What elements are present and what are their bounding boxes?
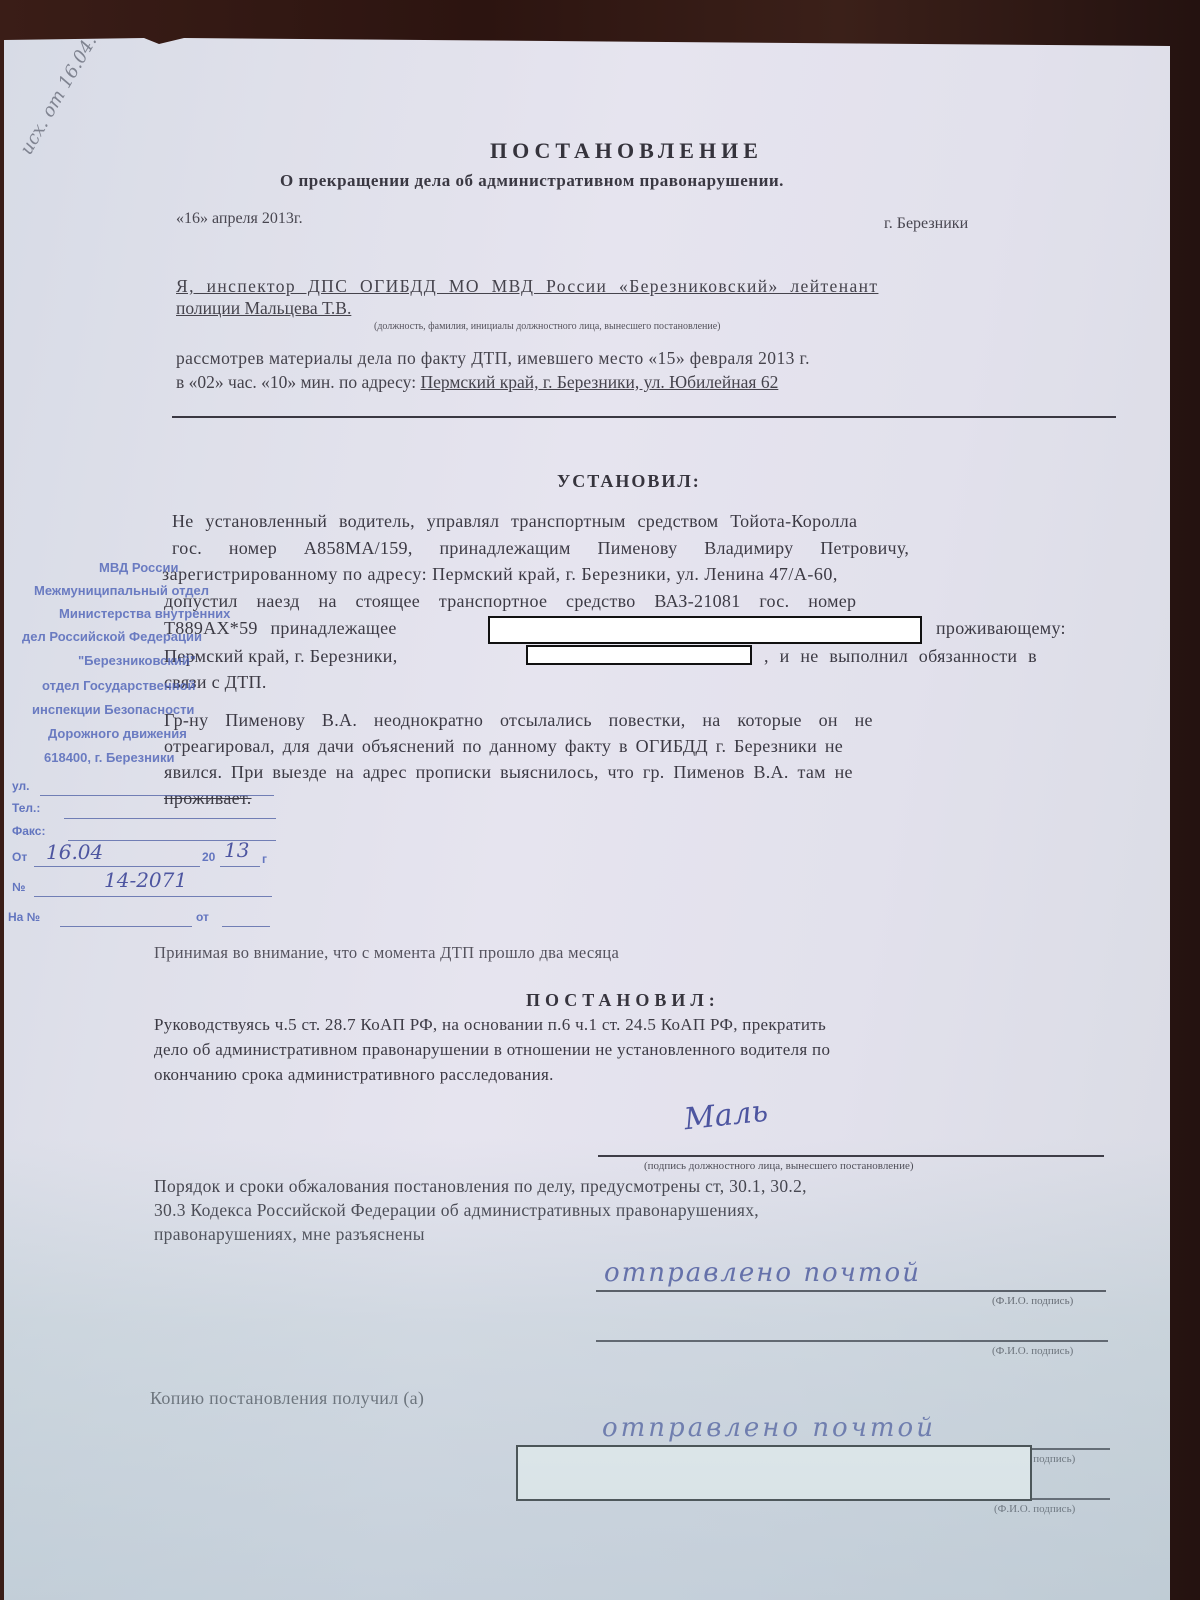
established-line-3: зарегистрированному по адресу: Пермский … (162, 564, 838, 585)
established-para2-line-1: Гр-ну Пименову В.А. неоднократно отсылал… (164, 710, 873, 731)
stamp-line-1: МВД России (99, 560, 178, 575)
fio-label-1: (Ф.И.О. подпись) (992, 1295, 1073, 1307)
fio-line-1 (596, 1290, 1106, 1292)
stamp-line-8: Дорожного движения (48, 726, 187, 741)
handwritten-sent-by-mail-1: отправлено почтой (604, 1258, 921, 1288)
review-line-1: рассмотрев материалы дела по факту ДТП, … (176, 348, 810, 369)
stamp-number-value: 14-2071 (104, 868, 187, 892)
stamp-number-label: № (12, 880, 25, 894)
fio-label-4: (Ф.И.О. подпись) (994, 1503, 1075, 1515)
appeal-line-2: 30.3 Кодекса Российской Федерации об адм… (154, 1200, 759, 1221)
signature-line (598, 1155, 1104, 1157)
review-address: Пермский край, г. Березники, ул. Юбилейн… (420, 372, 778, 392)
decided-line-1: Руководствуясь ч.5 ст. 28.7 КоАП РФ, на … (154, 1015, 826, 1035)
stamp-number-line (34, 896, 272, 897)
stamp-ref-label: На № (8, 910, 40, 924)
fio-label-2: (Ф.И.О. подпись) (992, 1345, 1073, 1357)
redacted-owner-address (526, 645, 752, 665)
established-para2-line-3: явился. При выезде на адрес прописки выя… (164, 762, 853, 783)
established-line-2: гос. номер А858МА/159, принадлежащим Пим… (172, 538, 909, 559)
redacted-recipient-name (516, 1445, 1032, 1501)
stamp-from-label: От (12, 850, 27, 864)
stamp-line-5: "Березниковский" (78, 653, 196, 668)
decided-heading: ПОСТАНОВИЛ: (526, 990, 720, 1011)
stamp-line-3: Министерства внутренних (59, 606, 230, 621)
review-line-2: в «02» час. «10» мин. по адресу: Пермски… (176, 372, 778, 393)
established-heading: УСТАНОВИЛ: (557, 471, 701, 492)
copy-received-label: Копию постановления получил (а) (150, 1388, 424, 1409)
stamp-line-7: инспекции Безопасности (32, 702, 194, 717)
considering-line: Принимая во внимание, что с момента ДТП … (154, 943, 619, 963)
stamp-from-value: 16.04 (46, 840, 103, 864)
stamp-street-label: ул. (12, 779, 29, 793)
appeal-line-1: Порядок и сроки обжалования постановлени… (154, 1176, 807, 1197)
fio-line-2 (596, 1340, 1108, 1342)
document-city: г. Березники (884, 215, 968, 233)
stamp-street-line (40, 795, 274, 796)
inspector-line-2: полиции Мальцева Т.В. (176, 298, 351, 319)
established-para2-line-4: проживает. (164, 788, 252, 809)
official-signature: Маль (682, 1094, 769, 1138)
appeal-line-3: правонарушениях, мне разъяснены (154, 1224, 425, 1245)
decided-line-2: дело об административном правонарушении … (154, 1040, 830, 1060)
stamp-tel-line (64, 818, 276, 819)
handwritten-sent-by-mail-2: отправлено почтой (602, 1413, 936, 1443)
redacted-owner-name (488, 616, 922, 644)
stamp-year-line (220, 866, 260, 867)
signature-hint: (подпись должностного лица, вынесшего по… (644, 1160, 914, 1172)
inspector-line-1: Я, инспектор ДПС ОГИБДД МО МВД России «Б… (176, 276, 878, 297)
established-para2-line-2: отреагировал, для дачи объяснений по дан… (164, 736, 843, 757)
stamp-tel-label: Тел.: (12, 801, 40, 815)
stamp-ref-from-line (222, 926, 270, 927)
document-page: исх. от 16.04.13 ПОСТАНОВЛЕНИЕ О прекращ… (4, 38, 1170, 1600)
stamp-ref-from: от (196, 910, 209, 924)
established-line-6-suffix: , и не выполнил обязанности в (764, 646, 1037, 667)
decided-line-3: окончанию срока административного рассле… (154, 1065, 554, 1085)
document-subtitle: О прекращении дела об административном п… (280, 171, 784, 191)
established-line-4: допустил наезд на стоящее транспортное с… (164, 591, 856, 612)
stamp-from-line (34, 866, 200, 867)
inspector-hint: (должность, фамилия, инициалы должностно… (374, 321, 721, 332)
divider (172, 416, 1116, 418)
stamp-line-2: Межмуниципальный отдел (34, 583, 209, 598)
stamp-ref-line (60, 926, 192, 927)
document-title: ПОСТАНОВЛЕНИЕ (490, 138, 763, 164)
document-date: «16» апреля 2013г. (176, 210, 303, 228)
stamp-year-prefix: 20 (202, 850, 215, 864)
stamp-year-suffix: г (262, 852, 267, 866)
stamp-line-6: отдел Государственной (42, 678, 196, 693)
established-line-6-prefix: Пермский край, г. Березники, (164, 646, 398, 667)
stamp-line-9: 618400, г. Березники (44, 750, 175, 765)
established-line-1: Не установленный водитель, управлял тран… (172, 511, 857, 532)
established-line-5-suffix: проживающему: (936, 618, 1066, 639)
stamp-fax-label: Факс: (12, 824, 45, 838)
stamp-year-value: 13 (224, 838, 249, 862)
stamp-line-4: дел Российской Федерации (22, 629, 202, 644)
review-time: в «02» час. «10» мин. по адресу: (176, 372, 420, 392)
